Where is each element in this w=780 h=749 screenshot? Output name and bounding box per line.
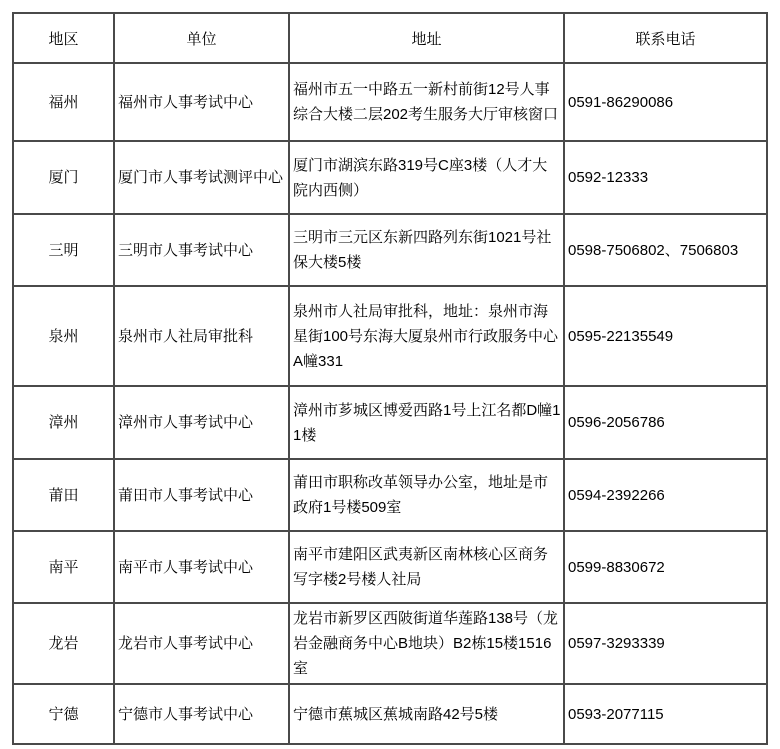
cell-phone: 0592-12333	[564, 141, 767, 214]
cell-unit: 南平市人事考试中心	[114, 531, 289, 603]
cell-address: 莆田市职称改革领导办公室，地址是市政府1号楼509室	[289, 459, 564, 531]
cell-unit: 三明市人事考试中心	[114, 214, 289, 286]
cell-unit: 泉州市人社局审批科	[114, 286, 289, 386]
table-row-nanping: 南平 南平市人事考试中心 南平市建阳区武夷新区南林核心区商务写字楼2号楼人社局 …	[13, 531, 767, 603]
cell-phone: 0598-7506802、7506803	[564, 214, 767, 286]
cell-phone: 0595-22135549	[564, 286, 767, 386]
contact-table: 地区 单位 地址 联系电话 福州 福州市人事考试中心 福州市五一中路五一新村前街…	[12, 12, 768, 745]
table-row-sanming: 三明 三明市人事考试中心 三明市三元区东新四路列东街1021号社保大楼5楼 05…	[13, 214, 767, 286]
cell-unit: 宁德市人事考试中心	[114, 684, 289, 744]
cell-address: 南平市建阳区武夷新区南林核心区商务写字楼2号楼人社局	[289, 531, 564, 603]
cell-unit: 福州市人事考试中心	[114, 63, 289, 141]
cell-address: 三明市三元区东新四路列东街1021号社保大楼5楼	[289, 214, 564, 286]
column-header-unit: 单位	[114, 13, 289, 63]
table-row-fuzhou: 福州 福州市人事考试中心 福州市五一中路五一新村前街12号人事综合大楼二层202…	[13, 63, 767, 141]
cell-unit: 厦门市人事考试测评中心	[114, 141, 289, 214]
cell-address: 漳州市芗城区博爱西路1号上江名都D幢11楼	[289, 386, 564, 459]
table-row-xiamen: 厦门 厦门市人事考试测评中心 厦门市湖滨东路319号C座3楼（人才大院内西侧） …	[13, 141, 767, 214]
cell-region: 福州	[13, 63, 114, 141]
table-row-zhangzhou: 漳州 漳州市人事考试中心 漳州市芗城区博爱西路1号上江名都D幢11楼 0596-…	[13, 386, 767, 459]
cell-region: 龙岩	[13, 603, 114, 684]
cell-region: 三明	[13, 214, 114, 286]
table-row-ningde: 宁德 宁德市人事考试中心 宁德市蕉城区蕉城南路42号5楼 0593-207711…	[13, 684, 767, 744]
table-row-quanzhou: 泉州 泉州市人社局审批科 泉州市人社局审批科，地址：泉州市海星街100号东海大厦…	[13, 286, 767, 386]
table-row-longyan: 龙岩 龙岩市人事考试中心 龙岩市新罗区西陂街道华莲路138号（龙岩金融商务中心B…	[13, 603, 767, 684]
cell-region: 厦门	[13, 141, 114, 214]
cell-address: 宁德市蕉城区蕉城南路42号5楼	[289, 684, 564, 744]
cell-address: 泉州市人社局审批科，地址：泉州市海星街100号东海大厦泉州市行政服务中心A幢33…	[289, 286, 564, 386]
cell-address: 厦门市湖滨东路319号C座3楼（人才大院内西侧）	[289, 141, 564, 214]
cell-phone: 0593-2077115	[564, 684, 767, 744]
cell-unit: 漳州市人事考试中心	[114, 386, 289, 459]
table-row-putian: 莆田 莆田市人事考试中心 莆田市职称改革领导办公室，地址是市政府1号楼509室 …	[13, 459, 767, 531]
page: 地区 单位 地址 联系电话 福州 福州市人事考试中心 福州市五一中路五一新村前街…	[0, 0, 780, 749]
column-header-address: 地址	[289, 13, 564, 63]
cell-phone: 0599-8830672	[564, 531, 767, 603]
cell-region: 漳州	[13, 386, 114, 459]
column-header-region: 地区	[13, 13, 114, 63]
cell-region: 莆田	[13, 459, 114, 531]
cell-region: 南平	[13, 531, 114, 603]
cell-unit: 莆田市人事考试中心	[114, 459, 289, 531]
cell-address: 龙岩市新罗区西陂街道华莲路138号（龙岩金融商务中心B地块）B2栋15楼1516…	[289, 603, 564, 684]
cell-region: 泉州	[13, 286, 114, 386]
cell-region: 宁德	[13, 684, 114, 744]
cell-phone: 0597-3293339	[564, 603, 767, 684]
header-row: 地区 单位 地址 联系电话	[13, 13, 767, 63]
cell-unit: 龙岩市人事考试中心	[114, 603, 289, 684]
cell-phone: 0596-2056786	[564, 386, 767, 459]
cell-phone: 0594-2392266	[564, 459, 767, 531]
cell-phone: 0591-86290086	[564, 63, 767, 141]
cell-address: 福州市五一中路五一新村前街12号人事综合大楼二层202考生服务大厅审核窗口	[289, 63, 564, 141]
column-header-phone: 联系电话	[564, 13, 767, 63]
